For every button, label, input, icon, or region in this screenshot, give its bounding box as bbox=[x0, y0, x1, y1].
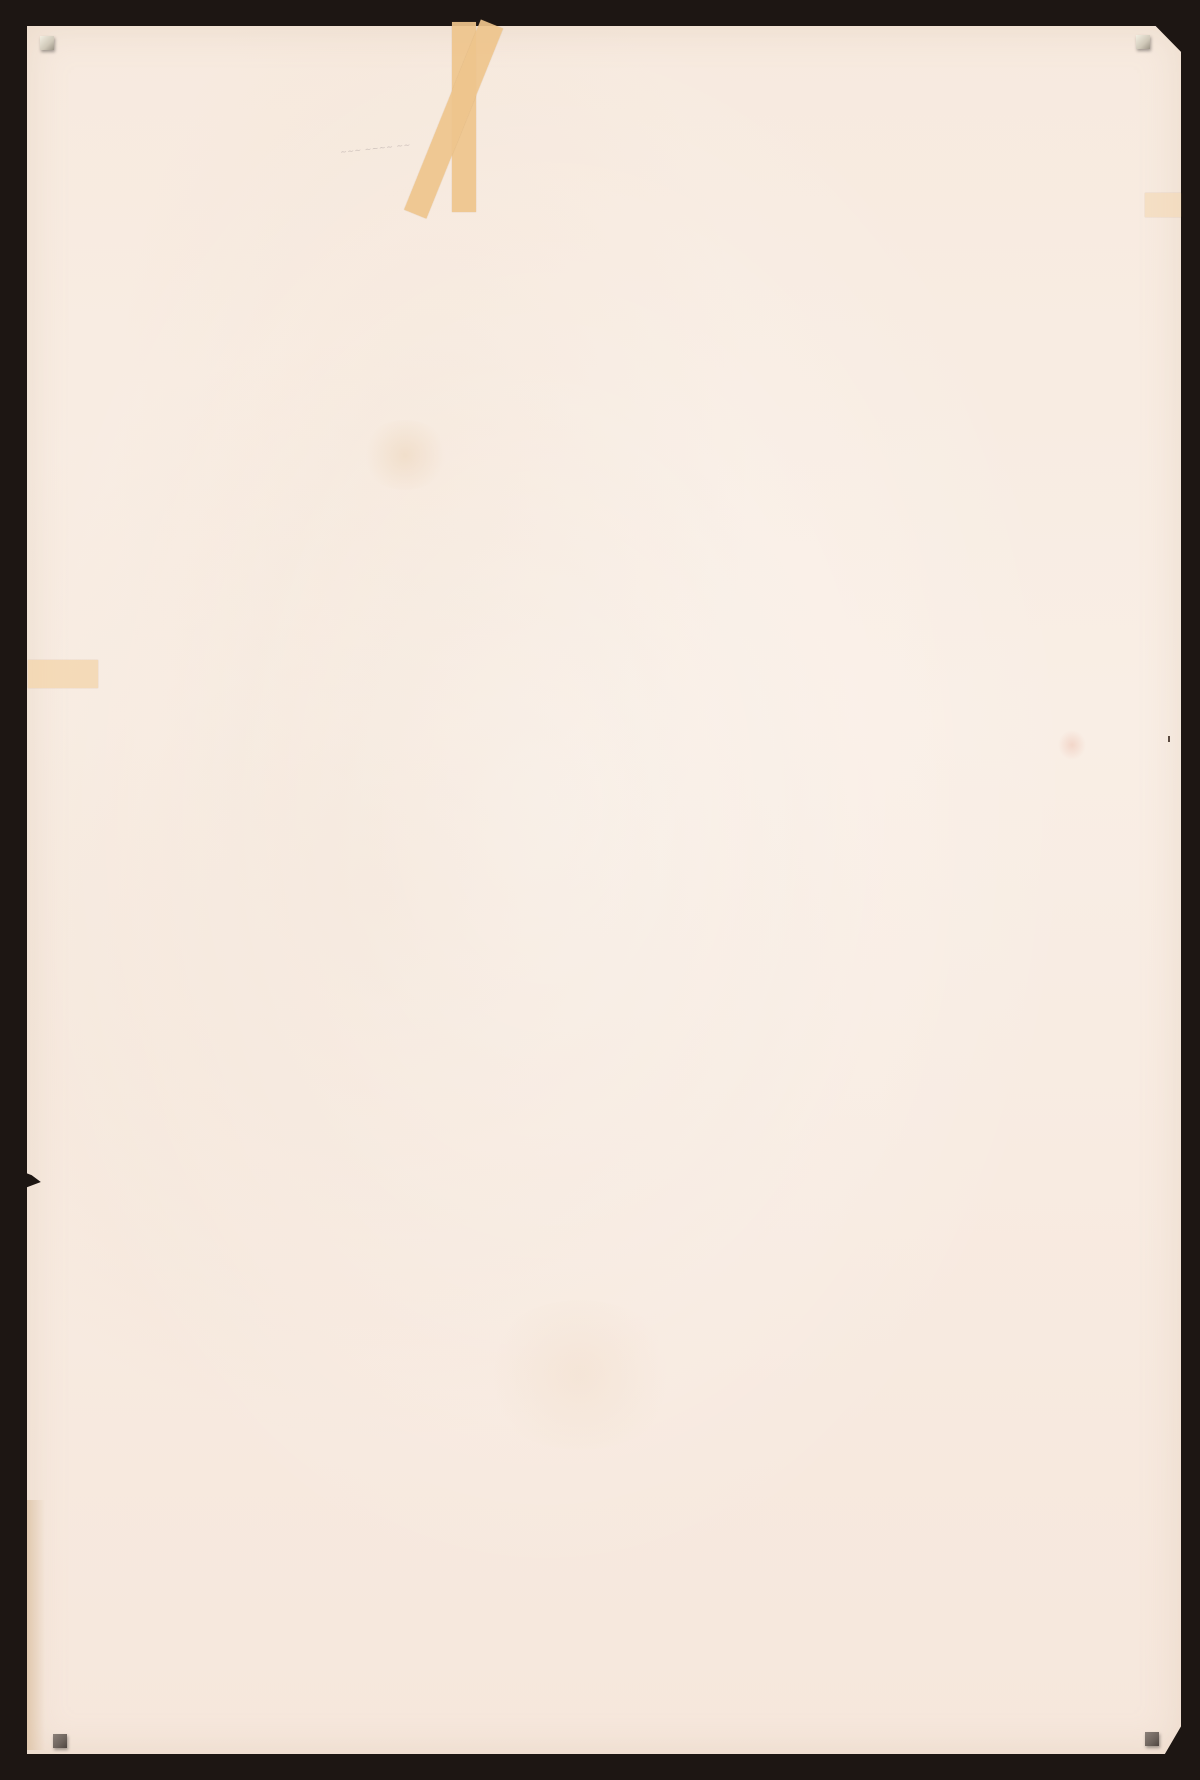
poster-back-sheet bbox=[27, 26, 1181, 1754]
masking-tape-remnant-left bbox=[28, 660, 98, 688]
magnet-bottom-left bbox=[53, 1734, 67, 1748]
edge-mark bbox=[1168, 736, 1170, 742]
paper-stain bbox=[480, 1300, 680, 1450]
magnet-bottom-right bbox=[1145, 1732, 1159, 1746]
magnet-top-left bbox=[40, 36, 54, 50]
reddish-mark bbox=[1058, 730, 1086, 760]
magnet-top-right bbox=[1136, 35, 1150, 49]
edge-wear bbox=[27, 1500, 45, 1750]
masking-tape-remnant-right bbox=[1145, 193, 1181, 217]
paper-stain bbox=[360, 420, 450, 490]
